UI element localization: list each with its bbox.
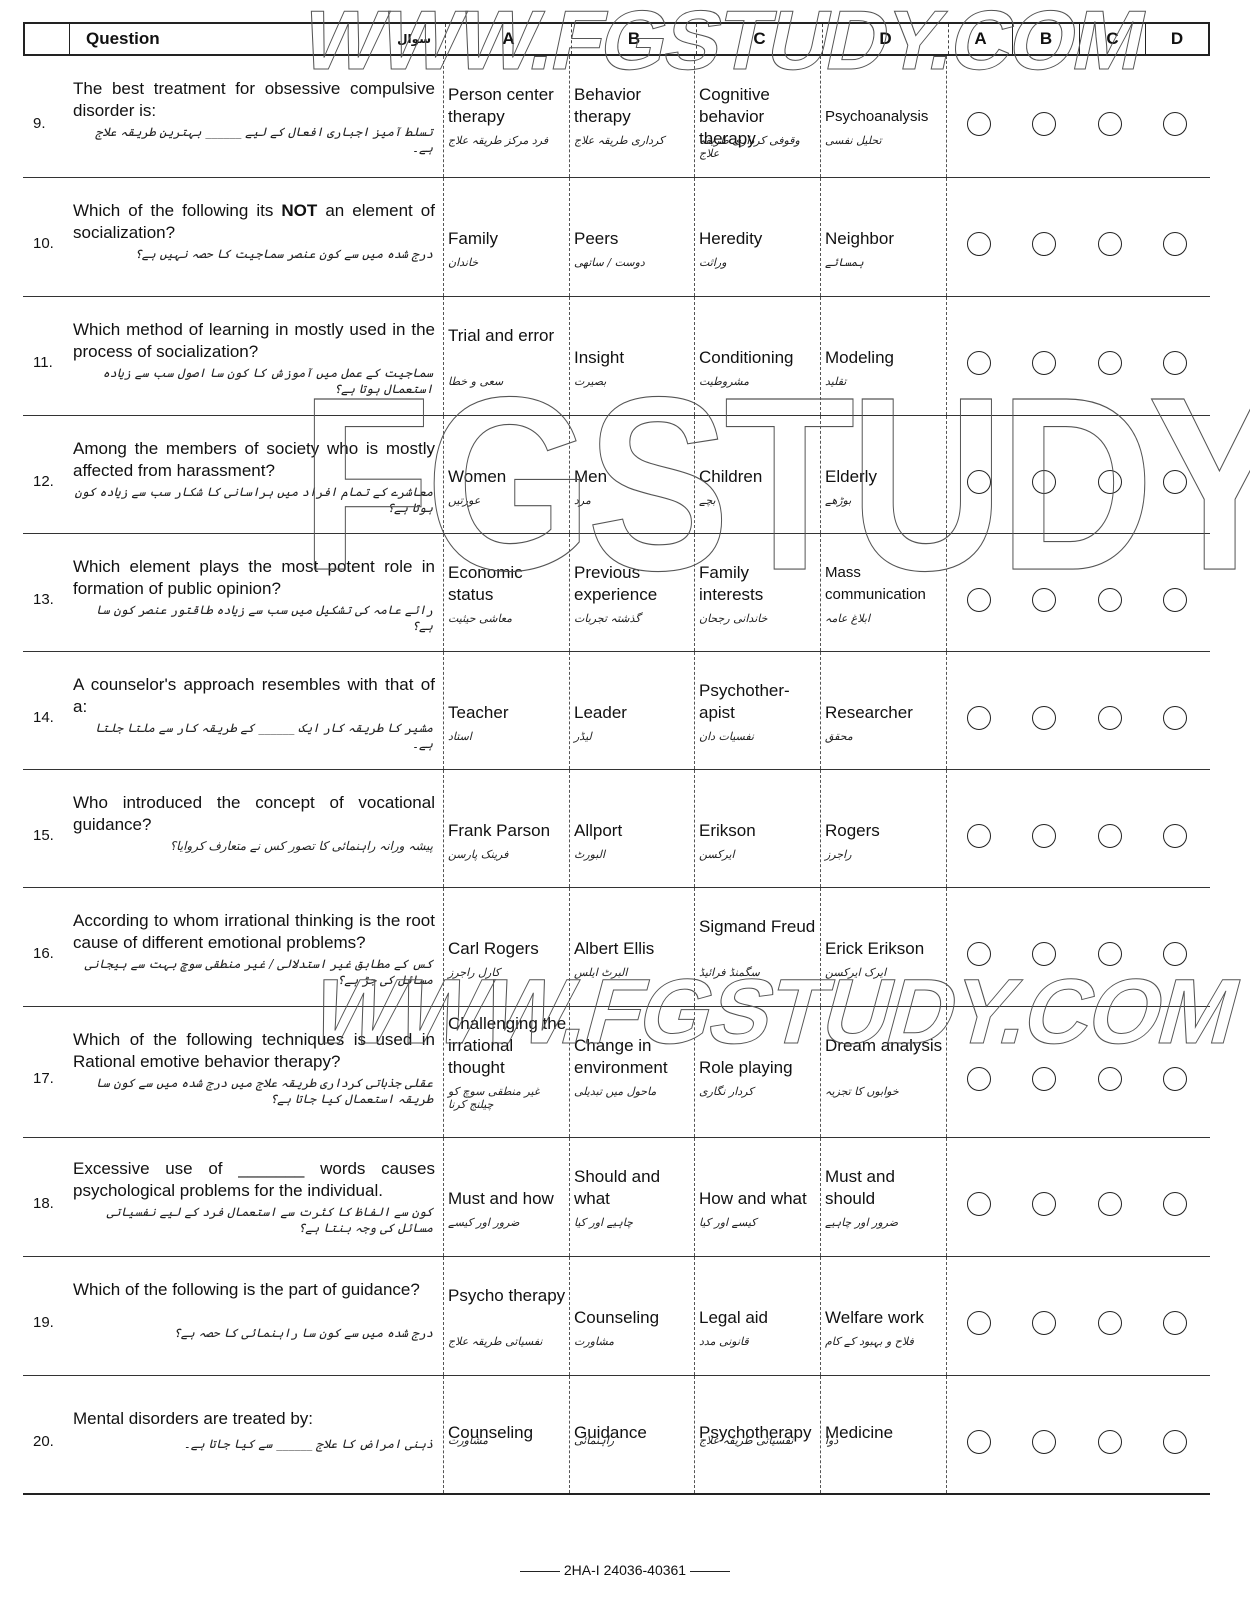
option-d-cell: Elderly بوڑھے [820, 416, 946, 533]
question-row: 10. Which of the following its NOT an el… [23, 178, 1210, 297]
option-d-text-urdu: بوڑھے [825, 494, 942, 507]
option-b-text: Allport [574, 820, 692, 842]
question-cell: Excessive use of _______ words causes ps… [69, 1138, 439, 1256]
answer-bubble-a[interactable] [967, 351, 991, 375]
answer-bubble-b[interactable] [1032, 1430, 1056, 1454]
question-text-urdu: عقلی جذباتی کرداری طریقہ علاج میں درج شد… [73, 1075, 433, 1107]
option-d-text: Modeling [825, 347, 944, 369]
answer-bubble-a[interactable] [967, 112, 991, 136]
option-c-text: How and what [699, 1188, 818, 1210]
answer-bubble-a[interactable] [967, 588, 991, 612]
option-b-cell: Behavior therapy کرداری طریقہ علاج [569, 56, 694, 177]
option-a-cell: Family خاندان [443, 178, 569, 296]
option-d-cell: Rogers راجرز [820, 770, 946, 887]
option-d-cell: Dream analysis خوابوں کا تجزیہ [820, 1007, 946, 1137]
option-c-cell: Psychotherapy نفسیاتی طریقہ علاج [694, 1376, 820, 1493]
answer-c-cell [1077, 652, 1143, 769]
answer-c-cell [1077, 297, 1143, 415]
option-d-text-urdu: ضرور اور چاہیے [825, 1216, 942, 1229]
header-option-c: C [696, 24, 822, 54]
option-a-text-urdu: معاشی حیثیت [448, 612, 565, 625]
option-a-text: Carl Rogers [448, 938, 567, 960]
option-d-cell: Mass communication ابلاغ عامہ [820, 534, 946, 651]
answer-a-cell [946, 297, 1010, 415]
option-b-text: Insight [574, 347, 692, 369]
answer-bubble-c[interactable] [1098, 1430, 1122, 1454]
option-b-text-urdu: گذشتہ تجربات [574, 612, 690, 625]
footer-dash-right [690, 1571, 730, 1572]
answer-bubble-b[interactable] [1032, 351, 1056, 375]
answer-bubble-c[interactable] [1098, 706, 1122, 730]
answer-bubble-d[interactable] [1163, 232, 1187, 256]
answer-bubble-a[interactable] [967, 232, 991, 256]
option-d-text-urdu: ہمسائے [825, 256, 942, 269]
option-a-cell: Women عورتیں [443, 416, 569, 533]
option-a-cell: Must and how ضرور اور کیسے [443, 1138, 569, 1256]
option-d-text-urdu: فلاح و بہبود کے کام [825, 1335, 942, 1348]
question-row: 20. Mental disorders are treated by: ذہن… [23, 1376, 1210, 1495]
question-text-urdu: درج شدہ میں سے کون سا راہنمائی کا حصہ ہے… [73, 1325, 433, 1341]
option-a-text-urdu: استاد [448, 730, 565, 743]
option-b-text-urdu: مشاورت [574, 1335, 690, 1348]
option-a-text-urdu: غیر منطقی سوچ کو چیلنج کرنا [448, 1085, 565, 1111]
option-c-text: Heredity [699, 228, 818, 250]
answer-d-cell [1143, 770, 1206, 887]
option-c-text-urdu: قانونی مدد [699, 1335, 816, 1348]
option-c-text: Sigmand Freud [699, 916, 818, 938]
option-c-cell: Psychother-apist نفسیات دان [694, 652, 820, 769]
answer-b-cell [1010, 888, 1077, 1006]
option-b-text: Men [574, 466, 692, 488]
option-d-cell: Must and should ضرور اور چاہیے [820, 1138, 946, 1256]
option-d-cell: Psychoanalysis تحلیل نفسی [820, 56, 946, 177]
answer-a-cell [946, 1376, 1010, 1493]
answer-d-cell [1143, 652, 1206, 769]
option-a-cell: Trial and error سعی و خطا [443, 297, 569, 415]
question-text-urdu: ذہنی امراض کا علاج ______ سے کیا جاتا ہے… [73, 1436, 433, 1452]
question-row: 12. Among the members of society who is … [23, 416, 1210, 534]
header-answer-d: D [1145, 24, 1208, 54]
question-row: 9. The best treatment for obsessive comp… [23, 56, 1210, 178]
question-number: 10. [33, 235, 54, 252]
option-a-text: Frank Parson [448, 820, 567, 842]
option-d-text: Mass communication [825, 562, 944, 606]
answer-d-cell [1143, 297, 1206, 415]
option-d-text: Researcher [825, 702, 944, 724]
answer-b-cell [1010, 297, 1077, 415]
answer-bubble-b[interactable] [1032, 942, 1056, 966]
option-d-cell: Modeling تقلید [820, 297, 946, 415]
option-d-text-urdu: خوابوں کا تجزیہ [825, 1085, 942, 1098]
answer-d-cell [1143, 1007, 1206, 1137]
answer-d-cell [1143, 1138, 1206, 1256]
question-cell: Mental disorders are treated by: ذہنی ام… [69, 1376, 439, 1493]
question-text-urdu: تسلط آمیز اجباری افعال کے لیے ______ بہت… [73, 124, 433, 156]
question-text: A counselor's approach resembles with th… [73, 674, 435, 718]
option-c-text: Legal aid [699, 1307, 818, 1329]
answer-bubble-b[interactable] [1032, 706, 1056, 730]
answer-b-cell [1010, 416, 1077, 533]
option-b-cell: Should and what چاہیے اور کیا [569, 1138, 694, 1256]
option-d-text-urdu: ایرک ایرکسن [825, 966, 942, 979]
option-a-text-urdu: سعی و خطا [448, 375, 565, 388]
answer-bubble-d[interactable] [1163, 351, 1187, 375]
question-text: Which of the following is the part of gu… [73, 1279, 435, 1301]
option-b-cell: Leader لیڈر [569, 652, 694, 769]
question-cell: According to whom irrational thinking is… [69, 888, 439, 1006]
answer-b-cell [1010, 1257, 1077, 1375]
question-number: 20. [33, 1433, 54, 1450]
answer-bubble-c[interactable] [1098, 1192, 1122, 1216]
question-text-urdu: پیشہ ورانہ راہنمائی کا تصور کس نے متعارف… [73, 838, 433, 854]
header-question-label-urdu: سوال [397, 24, 431, 54]
header-answer-a: A [948, 24, 1012, 54]
option-b-cell: Albert Ellis البرٹ ایلس [569, 888, 694, 1006]
answer-d-cell [1143, 888, 1206, 1006]
question-row: 18. Excessive use of _______ words cause… [23, 1138, 1210, 1257]
option-c-text: Children [699, 466, 818, 488]
option-c-text: Psychother-apist [699, 680, 818, 724]
option-a-cell: Economic status معاشی حیثیت [443, 534, 569, 651]
answer-b-cell [1010, 178, 1077, 296]
question-cell: Which of the following is the part of gu… [69, 1257, 439, 1375]
option-c-text-urdu: کیسے اور کیا [699, 1216, 816, 1229]
option-a-text-urdu: نفسیاتی طریقہ علاج [448, 1335, 565, 1348]
option-a-text: Psycho therapy [448, 1285, 567, 1307]
header-answer-c: C [1079, 24, 1145, 54]
option-a-text-urdu: خاندان [448, 256, 565, 269]
option-a-text: Trial and error [448, 325, 567, 347]
answer-a-cell [946, 56, 1010, 177]
option-b-cell: Previous experience گذشتہ تجربات [569, 534, 694, 651]
option-d-cell: Erick Erikson ایرک ایرکسن [820, 888, 946, 1006]
footer-dash-left [520, 1571, 560, 1572]
option-a-cell: Counseling مشاورت [443, 1376, 569, 1493]
option-a-cell: Frank Parson فرینک پارسن [443, 770, 569, 887]
option-d-text: Rogers [825, 820, 944, 842]
question-number: 13. [33, 591, 54, 608]
question-number: 19. [33, 1314, 54, 1331]
option-a-text-urdu: فرینک پارسن [448, 848, 565, 861]
option-b-text-urdu: ماحول میں تبدیلی [574, 1085, 690, 1098]
answer-bubble-b[interactable] [1032, 1067, 1056, 1091]
option-c-text-urdu: نفسیات دان [699, 730, 816, 743]
answer-a-cell [946, 1007, 1010, 1137]
option-b-text: Behavior therapy [574, 84, 692, 128]
question-number: 12. [33, 473, 54, 490]
answer-bubble-a[interactable] [967, 1067, 991, 1091]
answer-c-cell [1077, 888, 1143, 1006]
answer-b-cell [1010, 1007, 1077, 1137]
option-b-cell: Insight بصیرت [569, 297, 694, 415]
question-text-urdu: درج شدہ میں سے کون عنصر سماجیت کا حصہ نہ… [73, 246, 433, 262]
answer-bubble-c[interactable] [1098, 1311, 1122, 1335]
option-b-text-urdu: مرد [574, 494, 690, 507]
option-b-text: Peers [574, 228, 692, 250]
page-footer: 2HA-I 24036-40361 [0, 1562, 1250, 1578]
option-b-text-urdu: کرداری طریقہ علاج [574, 134, 690, 147]
answer-bubble-a[interactable] [967, 470, 991, 494]
question-text-urdu: معاشرے کے تمام افراد میں ہراسانی کا شکار… [73, 484, 433, 516]
question-number: 14. [33, 709, 54, 726]
answer-bubble-b[interactable] [1032, 112, 1056, 136]
answer-a-cell [946, 534, 1010, 651]
answer-bubble-a[interactable] [967, 706, 991, 730]
option-b-text: Leader [574, 702, 692, 724]
answer-bubble-d[interactable] [1163, 706, 1187, 730]
question-number: 15. [33, 827, 54, 844]
option-c-cell: Erikson ایرکسن [694, 770, 820, 887]
option-b-text: Albert Ellis [574, 938, 692, 960]
option-b-text-urdu: البرٹ ایلس [574, 966, 690, 979]
question-number: 18. [33, 1195, 54, 1212]
answer-bubble-d[interactable] [1163, 1192, 1187, 1216]
answer-bubble-a[interactable] [967, 942, 991, 966]
option-c-text-urdu: کردار نگاری [699, 1085, 816, 1098]
option-b-cell: Counseling مشاورت [569, 1257, 694, 1375]
option-c-text-urdu: سگمنڈ فرائیڈ [699, 966, 816, 979]
answer-bubble-c[interactable] [1098, 470, 1122, 494]
answer-bubble-d[interactable] [1163, 824, 1187, 848]
answer-bubble-c[interactable] [1098, 588, 1122, 612]
option-d-cell: Neighbor ہمسائے [820, 178, 946, 296]
option-a-text: Person center therapy [448, 84, 567, 128]
option-c-cell: Heredity وراثت [694, 178, 820, 296]
answer-bubble-b[interactable] [1032, 824, 1056, 848]
answer-bubble-c[interactable] [1098, 232, 1122, 256]
option-d-text-urdu: محقق [825, 730, 942, 743]
option-b-text-urdu: البورٹ [574, 848, 690, 861]
option-b-text-urdu: راہنمائی [574, 1434, 690, 1447]
option-a-text-urdu: مشاورت [448, 1434, 565, 1447]
answer-d-cell [1143, 1376, 1206, 1493]
table-header: Question سوال A B C D A B C D [23, 22, 1210, 56]
question-row: 17. Which of the following techniques is… [23, 1007, 1210, 1138]
answer-bubble-c[interactable] [1098, 1067, 1122, 1091]
option-c-text: Erikson [699, 820, 818, 842]
option-c-cell: Family interests خاندانی رجحان [694, 534, 820, 651]
emphasis-text: NOT [281, 201, 317, 220]
option-d-cell: Welfare work فلاح و بہبود کے کام [820, 1257, 946, 1375]
question-text: Mental disorders are treated by: [73, 1408, 435, 1430]
option-a-text: Economic status [448, 562, 567, 606]
answer-bubble-d[interactable] [1163, 942, 1187, 966]
option-c-text: Conditioning [699, 347, 818, 369]
option-b-text-urdu: لیڈر [574, 730, 690, 743]
option-c-cell: How and what کیسے اور کیا [694, 1138, 820, 1256]
answer-c-cell [1077, 1007, 1143, 1137]
option-c-cell: Children بچے [694, 416, 820, 533]
question-row: 15. Who introduced the concept of vocati… [23, 770, 1210, 888]
answer-b-cell [1010, 652, 1077, 769]
question-row: 19. Which of the following is the part o… [23, 1257, 1210, 1376]
option-b-cell: Men مرد [569, 416, 694, 533]
answer-b-cell [1010, 534, 1077, 651]
option-a-cell: Psycho therapy نفسیاتی طریقہ علاج [443, 1257, 569, 1375]
answer-d-cell [1143, 178, 1206, 296]
option-d-text-urdu: راجرز [825, 848, 942, 861]
question-number: 9. [33, 115, 46, 132]
answer-bubble-b[interactable] [1032, 1311, 1056, 1335]
question-text-urdu: مشیر کا طریقہ کار ایک ______ کے طریقہ کا… [73, 720, 433, 752]
option-b-text: Change in environment [574, 1035, 692, 1079]
question-text: The best treatment for obsessive compuls… [73, 78, 435, 122]
answer-c-cell [1077, 56, 1143, 177]
question-number: 11. [33, 354, 53, 371]
option-b-cell: Peers دوست / ساتھی [569, 178, 694, 296]
option-c-text: Role playing [699, 1057, 818, 1079]
option-b-text: Previous experience [574, 562, 692, 606]
option-a-text: Teacher [448, 702, 567, 724]
question-row: 16. According to whom irrational thinkin… [23, 888, 1210, 1007]
answer-bubble-b[interactable] [1032, 232, 1056, 256]
option-a-text-urdu: ضرور اور کیسے [448, 1216, 565, 1229]
answer-bubble-a[interactable] [967, 1311, 991, 1335]
question-list: 9. The best treatment for obsessive comp… [23, 56, 1210, 1495]
option-c-cell: Cognitive behavior therapy وقوفی کرداری … [694, 56, 820, 177]
question-number: 17. [33, 1070, 54, 1087]
option-a-cell: Challenging the irrational thought غیر م… [443, 1007, 569, 1137]
option-c-text-urdu: مشروطیت [699, 375, 816, 388]
answer-bubble-d[interactable] [1163, 112, 1187, 136]
question-text: According to whom irrational thinking is… [73, 910, 435, 954]
option-c-text-urdu: وراثت [699, 256, 816, 269]
question-cell: Who introduced the concept of vocational… [69, 770, 439, 887]
question-text-urdu: کون سے الفاظ کا کثرت سے استعمال فرد کے ل… [73, 1204, 433, 1236]
option-c-cell: Conditioning مشروطیت [694, 297, 820, 415]
option-a-text-urdu: کارل راجرز [448, 966, 565, 979]
question-text: Among the members of society who is most… [73, 438, 435, 482]
answer-b-cell [1010, 770, 1077, 887]
answer-c-cell [1077, 416, 1143, 533]
answer-a-cell [946, 416, 1010, 533]
option-c-text-urdu: وقوفی کرداری طریقہ علاج [699, 134, 816, 160]
answer-a-cell [946, 652, 1010, 769]
answer-d-cell [1143, 416, 1206, 533]
option-a-cell: Carl Rogers کارل راجرز [443, 888, 569, 1006]
answer-d-cell [1143, 534, 1206, 651]
answer-a-cell [946, 178, 1010, 296]
answer-bubble-d[interactable] [1163, 1311, 1187, 1335]
option-c-cell: Role playing کردار نگاری [694, 1007, 820, 1137]
answer-bubble-d[interactable] [1163, 1067, 1187, 1091]
header-question-cell: Question سوال [69, 24, 445, 54]
question-cell: Among the members of society who is most… [69, 416, 439, 533]
question-text: Which method of learning in mostly used … [73, 319, 435, 363]
answer-bubble-c[interactable] [1098, 942, 1122, 966]
answer-b-cell [1010, 1138, 1077, 1256]
option-c-cell: Sigmand Freud سگمنڈ فرائیڈ [694, 888, 820, 1006]
option-d-text-urdu: ابلاغ عامہ [825, 612, 942, 625]
option-b-text: Counseling [574, 1307, 692, 1329]
option-a-text: Women [448, 466, 567, 488]
option-b-cell: Change in environment ماحول میں تبدیلی [569, 1007, 694, 1137]
question-text: Which of the following its NOT an elemen… [73, 200, 435, 244]
option-a-text-urdu: عورتیں [448, 494, 565, 507]
option-a-text: Must and how [448, 1188, 567, 1210]
header-option-d: D [822, 24, 948, 54]
option-a-cell: Person center therapy فرد مرکز طریقہ علا… [443, 56, 569, 177]
question-cell: Which of the following its NOT an elemen… [69, 178, 439, 296]
answer-bubble-c[interactable] [1098, 112, 1122, 136]
answer-bubble-a[interactable] [967, 1430, 991, 1454]
answer-d-cell [1143, 1257, 1206, 1375]
answer-c-cell [1077, 1376, 1143, 1493]
option-d-cell: Researcher محقق [820, 652, 946, 769]
footer-code: 2HA-I 24036-40361 [564, 1562, 686, 1578]
answer-bubble-d[interactable] [1163, 470, 1187, 494]
option-c-cell: Legal aid قانونی مدد [694, 1257, 820, 1375]
answer-sheet: Question سوال A B C D A B C D 9. The bes… [0, 0, 1250, 1608]
option-d-text-urdu: تحلیل نفسی [825, 134, 942, 147]
question-text: Excessive use of _______ words causes ps… [73, 1158, 435, 1202]
answer-bubble-d[interactable] [1163, 1430, 1187, 1454]
option-b-text-urdu: چاہیے اور کیا [574, 1216, 690, 1229]
answer-bubble-c[interactable] [1098, 824, 1122, 848]
answer-bubble-b[interactable] [1032, 470, 1056, 494]
option-a-text: Challenging the irrational thought [448, 1013, 567, 1079]
option-b-text-urdu: بصیرت [574, 375, 690, 388]
answer-b-cell [1010, 56, 1077, 177]
answer-bubble-c[interactable] [1098, 351, 1122, 375]
answer-bubble-a[interactable] [967, 824, 991, 848]
option-a-text-urdu: فرد مرکز طریقہ علاج [448, 134, 565, 147]
answer-a-cell [946, 770, 1010, 887]
question-text-urdu: رائے عامہ کی تشکیل میں سب سے زیادہ طاقتو… [73, 602, 433, 634]
answer-c-cell [1077, 770, 1143, 887]
question-cell: Which method of learning in mostly used … [69, 297, 439, 415]
question-text-urdu: سماجیت کے عمل میں آموزش کا کون سا اصول س… [73, 365, 433, 397]
answer-bubble-b[interactable] [1032, 1192, 1056, 1216]
question-cell: A counselor's approach resembles with th… [69, 652, 439, 769]
question-row: 11. Which method of learning in mostly u… [23, 297, 1210, 416]
option-d-text: Elderly [825, 466, 944, 488]
answer-bubble-d[interactable] [1163, 588, 1187, 612]
question-text: Which of the following techniques is use… [73, 1029, 435, 1073]
option-d-text: Psychoanalysis [825, 106, 944, 128]
header-question-label: Question [86, 29, 160, 48]
question-text: Which element plays the most potent role… [73, 556, 435, 600]
option-b-cell: Allport البورٹ [569, 770, 694, 887]
answer-c-cell [1077, 1257, 1143, 1375]
option-c-text-urdu: ایرکسن [699, 848, 816, 861]
question-cell: The best treatment for obsessive compuls… [69, 56, 439, 177]
answer-b-cell [1010, 1376, 1077, 1493]
answer-c-cell [1077, 178, 1143, 296]
option-d-text: Must and should [825, 1166, 944, 1210]
question-text: Who introduced the concept of vocational… [73, 792, 435, 836]
header-option-b: B [571, 24, 696, 54]
header-answer-b: B [1012, 24, 1079, 54]
option-d-text: Neighbor [825, 228, 944, 250]
option-b-cell: Guidance راہنمائی [569, 1376, 694, 1493]
header-option-a: A [445, 24, 571, 54]
answer-c-cell [1077, 1138, 1143, 1256]
answer-d-cell [1143, 56, 1206, 177]
question-cell: Which element plays the most potent role… [69, 534, 439, 651]
question-row: 13. Which element plays the most potent … [23, 534, 1210, 652]
option-b-text-urdu: دوست / ساتھی [574, 256, 690, 269]
answer-bubble-b[interactable] [1032, 588, 1056, 612]
option-d-cell: Medicine دوا [820, 1376, 946, 1493]
option-d-text: Dream analysis [825, 1035, 944, 1057]
answer-c-cell [1077, 534, 1143, 651]
answer-a-cell [946, 1138, 1010, 1256]
answer-a-cell [946, 888, 1010, 1006]
option-c-text-urdu: نفسیاتی طریقہ علاج [699, 1434, 816, 1447]
answer-bubble-a[interactable] [967, 1192, 991, 1216]
question-text-urdu: کس کے مطابق غیر استدلالی / غیر منطقی سوچ… [73, 956, 433, 988]
